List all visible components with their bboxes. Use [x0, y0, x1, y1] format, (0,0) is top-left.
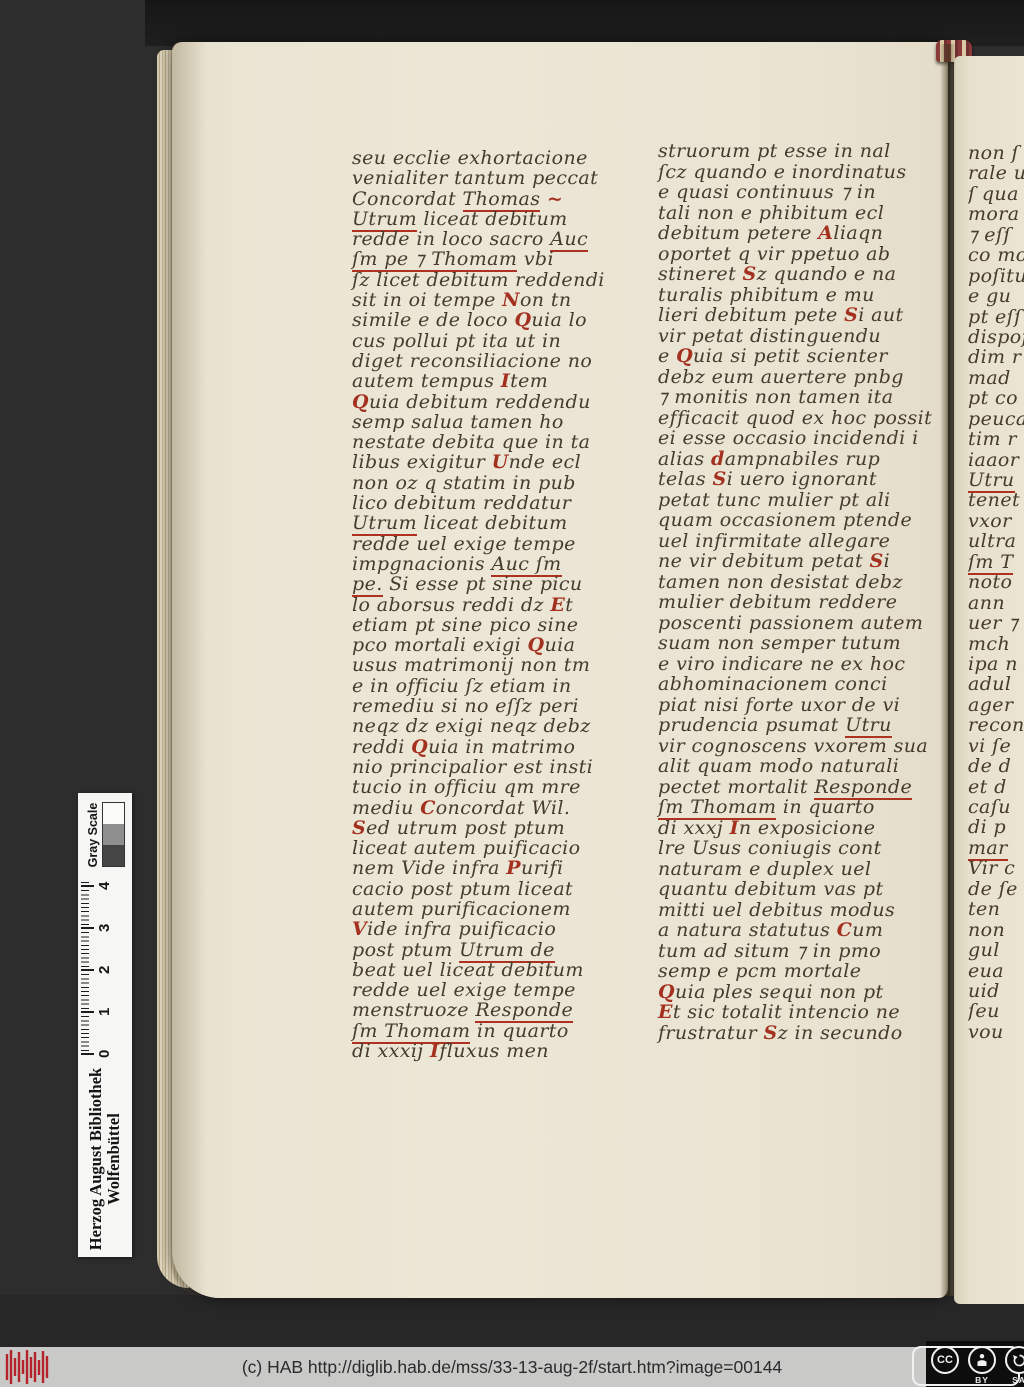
manuscript-text: uid	[968, 980, 1000, 1002]
gray-patch-dark	[103, 846, 124, 867]
manuscript-text: impgnacionis	[352, 553, 491, 575]
manuscript-text: liaqn	[833, 222, 883, 244]
manuscript-line: tucio in officiu qm mre	[352, 777, 644, 797]
manuscript-column-left: seu ecclie exhortacionevenialiter tantum…	[352, 148, 644, 1061]
manuscript-text: i aut	[858, 304, 903, 326]
manuscript-text: adul	[968, 673, 1011, 695]
manuscript-line: peuca	[968, 409, 1024, 429]
manuscript-text: neqz dz exigi neqz debz	[352, 715, 591, 737]
manuscript-line: impgnacionis Auc ſm	[352, 554, 644, 574]
manuscript-text: peuca	[968, 408, 1024, 430]
manuscript-text: uia debitum reddendu	[369, 391, 591, 413]
manuscript-line: ne vir debitum petat Si	[658, 551, 950, 572]
manuscript-line: dispoſ	[968, 327, 1024, 347]
manuscript-text: alias	[658, 448, 711, 470]
manuscript-text: vi ſe	[968, 735, 1011, 757]
manuscript-line: Utru	[968, 470, 1024, 490]
manuscript-text: nio principalior est insti	[352, 756, 593, 778]
manuscript-line: ager	[968, 695, 1024, 715]
manuscript-line: ſm T	[968, 552, 1024, 572]
cc-by-label: BY	[975, 1375, 989, 1385]
manuscript-text: noto	[968, 571, 1012, 593]
manuscript-line: di xxxj In exposicione	[658, 818, 950, 839]
manuscript-line: petat tunc mulier pt ali	[658, 490, 950, 511]
manuscript-text: venialiter tantum peccat	[352, 167, 598, 189]
manuscript-line: eua	[968, 961, 1024, 981]
rubricated-red-text: E	[550, 594, 565, 616]
rubricated-red-text: I	[501, 370, 510, 392]
manuscript-text: eua	[968, 960, 1004, 982]
manuscript-line: vou	[968, 1022, 1024, 1042]
manuscript-text: struorum pt esse in nal	[658, 140, 891, 162]
manuscript-line: mitti uel debitus modus	[658, 900, 950, 921]
manuscript-line: lieri debitum pete Si aut	[658, 305, 950, 326]
manuscript-text: pco mortali exigi	[352, 634, 528, 656]
manuscript-line: pe. Si esse pt sine picu	[352, 574, 644, 594]
manuscript-line: vir cognoscens vxorem sua	[658, 736, 950, 757]
manuscript-text: piat nisi forte uxor de vi	[658, 694, 900, 716]
manuscript-line: alias dampnabiles rup	[658, 449, 950, 470]
copyright-text: (c) HAB http://diglib.hab.de/mss/33-13-a…	[0, 1347, 1024, 1387]
manuscript-line: uel infirmitate allegare	[658, 531, 950, 552]
manuscript-text: debitum petere	[658, 222, 818, 244]
manuscript-text: telas	[658, 468, 712, 490]
manuscript-text: redde uel exige tempe	[352, 533, 576, 555]
manuscript-line: e quasi continuus ⁊ in	[658, 182, 950, 203]
manuscript-line: e gu	[968, 286, 1024, 306]
manuscript-text: diget reconsiliacione no	[352, 350, 592, 372]
ruler-number-2: 2	[96, 966, 113, 974]
manuscript-text: iaaor	[968, 449, 1019, 471]
gray-scale-patches	[102, 803, 125, 868]
manuscript-text: oportet q vir ppetuo ab	[658, 243, 890, 265]
manuscript-text: mad	[968, 367, 1011, 389]
manuscript-text: lre Usus coniugis cont	[658, 837, 882, 859]
manuscript-text: a natura statutus	[658, 919, 837, 941]
cc-license-badge: CC BY SA	[926, 1341, 1024, 1387]
manuscript-line: e viro indicare ne ex hoc	[658, 654, 950, 675]
institution-name: Herzog August Bibliothek Wolfenbüttel	[87, 1061, 124, 1257]
manuscript-text: ſeu	[968, 1000, 1000, 1022]
manuscript-text: post ptum	[352, 939, 459, 961]
manuscript-text: pt co	[968, 387, 1018, 409]
manuscript-line: caſu	[968, 797, 1024, 817]
manuscript-line: et d	[968, 777, 1024, 797]
manuscript-line: naturam e duplex uel	[658, 859, 950, 880]
manuscript-text: e quasi continuus ⁊ in	[658, 181, 876, 203]
manuscript-line: suam non semper tutum	[658, 633, 950, 654]
manuscript-text: petat tunc mulier pt ali	[658, 489, 891, 511]
manuscript-text: liceat autem puificacio	[352, 837, 580, 859]
manuscript-text: um	[852, 919, 883, 941]
hab-red-mark-icon	[4, 1348, 56, 1386]
manuscript-text: beat uel liceat debitum	[352, 959, 584, 981]
manuscript-text: non oz q statim in pub	[352, 472, 576, 494]
manuscript-line: ipa n	[968, 654, 1024, 674]
manuscript-line: post ptum Utrum de	[352, 940, 644, 960]
manuscript-line: de ſe	[968, 879, 1024, 899]
manuscript-line: autem purificacionem	[352, 899, 644, 919]
manuscript-text: menstruoze	[352, 999, 475, 1021]
manuscript-text: Concordat	[352, 188, 463, 210]
manuscript-line: ultra	[968, 531, 1024, 551]
manuscript-line: Concordat Thomas ~	[352, 189, 644, 209]
manuscript-text: suam non semper tutum	[658, 632, 901, 654]
manuscript-line: ſm Thomam in quarto	[658, 797, 950, 818]
manuscript-text: i uero ignorant	[727, 468, 877, 490]
manuscript-text: tali non e phibitum ecl	[658, 202, 884, 224]
manuscript-text: tim r	[968, 428, 1017, 450]
rubricated-red-text: Q	[352, 391, 369, 413]
manuscript-line: mora	[968, 204, 1024, 224]
ruler-label-content: Herzog August Bibliothek Wolfenbüttel 0 …	[78, 793, 132, 1257]
manuscript-text: recon	[968, 714, 1024, 736]
manuscript-text: pectet mortalit	[658, 776, 814, 798]
manuscript-line: di xxxij Ifluxus men	[352, 1041, 644, 1061]
manuscript-line: struorum pt esse in nal	[658, 141, 950, 162]
manuscript-line: redde uel exige tempe	[352, 980, 644, 1000]
manuscript-text: lico debitum reddatur	[352, 492, 571, 514]
manuscript-text: di xxxij	[352, 1040, 430, 1062]
manuscript-line: iaaor	[968, 450, 1024, 470]
manuscript-text: uia in matrimo	[428, 736, 575, 758]
manuscript-text: ſz licet debitum reddendi	[352, 269, 605, 291]
manuscript-text: redde uel exige tempe	[352, 979, 576, 1001]
rubricated-red-text: U	[492, 451, 509, 473]
manuscript-text: oncordat Wil.	[436, 797, 571, 819]
gray-patch-mid	[103, 825, 124, 846]
manuscript-text: usus matrimonij non tm	[352, 654, 590, 676]
manuscript-line: redde in loco sacro Auc	[352, 229, 644, 249]
manuscript-line: mar	[968, 838, 1024, 858]
manuscript-line: Quia debitum reddendu	[352, 392, 644, 412]
institution-line1: Herzog August Bibliothek	[87, 1061, 105, 1257]
manuscript-text: fluxus men	[439, 1040, 549, 1062]
manuscript-line: co mo	[968, 245, 1024, 265]
manuscript-line: piat nisi forte uxor de vi	[658, 695, 950, 716]
manuscript-line: reddi Quia in matrimo	[352, 737, 644, 757]
manuscript-text: ampnabiles rup	[725, 448, 881, 470]
manuscript-text: z in secundo	[778, 1022, 903, 1044]
manuscript-text: lo aborsus reddi dz	[352, 594, 550, 616]
manuscript-column-right: struorum pt esse in nalſcz quando e inor…	[658, 141, 950, 1043]
manuscript-text: lieri debitum pete	[658, 304, 844, 326]
manuscript-line: ten	[968, 899, 1024, 919]
manuscript-text: nde ecl	[509, 451, 581, 473]
manuscript-text: mulier debitum reddere	[658, 591, 897, 613]
manuscript-text: ⁊ eſſ	[968, 224, 1011, 246]
manuscript-text: autem purificacionem	[352, 898, 571, 920]
manuscript-line: libus exigitur Unde ecl	[352, 452, 644, 472]
manuscript-text: simile e de loco	[352, 309, 514, 331]
manuscript-text: z quando e na	[757, 263, 897, 285]
page-fold-shadow	[172, 42, 206, 1298]
manuscript-line: vir petat distinguendu	[658, 326, 950, 347]
manuscript-line: ſz licet debitum reddendi	[352, 270, 644, 290]
manuscript-text: turalis phibitum e mu	[658, 284, 875, 306]
gray-patch-white	[103, 804, 124, 825]
manuscript-line: ⁊ monitis non tamen ita	[658, 387, 950, 408]
manuscript-line: non	[968, 920, 1024, 940]
manuscript-text: co mo	[968, 244, 1024, 266]
manuscript-text: n exposicione	[739, 817, 876, 839]
manuscript-text: Vir c	[968, 857, 1015, 879]
manuscript-text: remediu si no eſſz peri	[352, 695, 579, 717]
manuscript-text: non	[968, 919, 1005, 941]
manuscript-text: non ſ	[968, 143, 1019, 164]
manuscript-text: ne vir debitum petat	[658, 550, 869, 572]
manuscript-text: mediu	[352, 797, 420, 819]
manuscript-text: uia	[544, 634, 575, 656]
manuscript-text: i	[884, 550, 890, 572]
manuscript-line: cacio post ptum liceat	[352, 879, 644, 899]
manuscript-line: cus pollui pt ita ut in	[352, 331, 644, 351]
manuscript-text: cacio post ptum liceat	[352, 878, 573, 900]
manuscript-text: alit quam modo naturali	[658, 755, 899, 777]
manuscript-line: redde uel exige tempe	[352, 534, 644, 554]
rubricated-red-text: I	[730, 817, 739, 839]
manuscript-text: et d	[968, 776, 1007, 798]
manuscript-text: vir cognoscens vxorem sua	[658, 735, 928, 757]
manuscript-text: vxor	[968, 510, 1012, 532]
manuscript-line: lico debitum reddatur	[352, 493, 644, 513]
rubricated-red-text: ~	[547, 188, 563, 210]
manuscript-line: prudencia psumat Utru	[658, 715, 950, 736]
manuscript-line: lre Usus coniugis cont	[658, 838, 950, 859]
manuscript-text: pt eſſ	[968, 306, 1022, 328]
manuscript-text: tucio in officiu qm mre	[352, 776, 581, 798]
manuscript-line: ſeu	[968, 1001, 1024, 1021]
manuscript-text: dim r	[968, 346, 1021, 368]
manuscript-line: nio principalior est insti	[352, 757, 644, 777]
manuscript-line: debitum petere Aliaqn	[658, 223, 950, 244]
cc-logo-text: CC	[937, 1354, 953, 1366]
rubricated-red-text: C	[420, 797, 436, 819]
manuscript-line: ſcz quando e inordinatus	[658, 162, 950, 183]
manuscript-text: tenet	[968, 489, 1020, 511]
manuscript-text: e in officiu ſz etiam in	[352, 675, 572, 697]
rubricated-red-text: C	[837, 919, 853, 941]
manuscript-line: nestate debita que in ta	[352, 432, 644, 452]
manuscript-line: mch	[968, 634, 1024, 654]
manuscript-text: e gu	[968, 285, 1011, 307]
manuscript-line: uer ⁊	[968, 613, 1024, 633]
manuscript-text: prudencia psumat	[658, 714, 845, 736]
manuscript-text: vbi	[517, 248, 554, 270]
cc-sa-label: SA	[1012, 1375, 1024, 1385]
manuscript-line: ſm Thomam in quarto	[352, 1021, 644, 1041]
manuscript-line: Utrum liceat debitum	[352, 209, 644, 229]
manuscript-text: cus pollui pt ita ut in	[352, 330, 561, 352]
manuscript-text: di xxxj	[658, 817, 730, 839]
manuscript-line: efficacit quod ex hoc possit	[658, 408, 950, 429]
manuscript-line: tali non e phibitum ecl	[658, 203, 950, 224]
manuscript-line: debz eum auertere pnbg	[658, 367, 950, 388]
manuscript-text: de ſe	[968, 878, 1018, 900]
manuscript-text: vir petat distinguendu	[658, 325, 881, 347]
manuscript-line: etiam pt sine pico sine	[352, 615, 644, 635]
manuscript-line: turalis phibitum e mu	[658, 285, 950, 306]
manuscript-line: nem Vide infra Purifi	[352, 858, 644, 878]
rubricated-red-text: S	[844, 304, 858, 326]
manuscript-text: ed utrum post ptum	[366, 817, 565, 839]
manuscript-line: Vir c	[968, 858, 1024, 878]
manuscript-text: ei esse occasio incidendi i	[658, 427, 919, 449]
manuscript-line: vxor	[968, 511, 1024, 531]
manuscript-line: noto	[968, 572, 1024, 592]
manuscript-line: rale u	[968, 163, 1024, 183]
manuscript-line: telas Si uero ignorant	[658, 469, 950, 490]
manuscript-text: in quarto	[776, 796, 874, 818]
manuscript-line: adul	[968, 674, 1024, 694]
manuscript-column-facing-edge: non ſrale uſ quamora⁊ eſſco mopoſitue gu…	[968, 143, 1024, 1042]
manuscript-line: venialiter tantum peccat	[352, 168, 644, 188]
manuscript-line: Quia ples sequi non pt	[658, 982, 950, 1003]
manuscript-text: e	[658, 345, 676, 367]
manuscript-text: gul	[968, 939, 1000, 961]
rubricated-red-text: S	[869, 550, 883, 572]
manuscript-text: rale u	[968, 162, 1024, 184]
manuscript-text: abhominacionem conci	[658, 673, 888, 695]
manuscript-text: di p	[968, 816, 1006, 838]
manuscript-line: tum ad situm ⁊ in pmo	[658, 941, 950, 962]
manuscript-text: semp e pcm mortale	[658, 960, 861, 982]
ruler-cm-ticks	[81, 877, 94, 1055]
manuscript-line: mediu Concordat Wil.	[352, 798, 644, 818]
manuscript-text: ſcz quando e inordinatus	[658, 161, 906, 183]
rubricated-red-text: V	[352, 918, 367, 940]
manuscript-line: pt co	[968, 388, 1024, 408]
manuscript-line: menstruoze Responde	[352, 1000, 644, 1020]
manuscript-text: stineret	[658, 263, 743, 285]
manuscript-text: in quarto	[470, 1020, 568, 1042]
manuscript-line: ⁊ eſſ	[968, 225, 1024, 245]
manuscript-line: poscenti passionem autem	[658, 613, 950, 634]
rubricated-red-text: d	[711, 448, 725, 470]
manuscript-line: ann	[968, 593, 1024, 613]
manuscript-text: efficacit quod ex hoc possit	[658, 407, 932, 429]
manuscript-text: ⁊ monitis non tamen ita	[658, 386, 893, 408]
rubricated-red-text: Q	[658, 981, 675, 1003]
manuscript-line: semp salua tamen ho	[352, 412, 644, 432]
manuscript-text: debz eum auertere pnbg	[658, 366, 904, 388]
rubricated-red-text: S	[743, 263, 757, 285]
manuscript-text: t	[565, 594, 573, 616]
manuscript-text: poſitu	[968, 265, 1024, 287]
manuscript-line: dim r	[968, 347, 1024, 367]
manuscript-text: t sic totalit intencio ne	[673, 1001, 900, 1023]
manuscript-line: pectet mortalit Responde	[658, 777, 950, 798]
cm-ruler: 0 1 2 3 4	[78, 875, 132, 1061]
dark-cloth-band	[145, 0, 1024, 46]
manuscript-text: sit in oi tempe	[352, 289, 502, 311]
manuscript-text: mch	[968, 633, 1010, 655]
manuscript-text: ager	[968, 694, 1013, 716]
manuscript-line: mulier debitum reddere	[658, 592, 950, 613]
manuscript-line: uid	[968, 981, 1024, 1001]
manuscript-line: sit in oi tempe Non tn	[352, 290, 644, 310]
rubricated-underline-text: Auc	[550, 228, 588, 252]
manuscript-line: alit quam modo naturali	[658, 756, 950, 777]
manuscript-text: urifi	[521, 857, 564, 879]
manuscript-text: tem	[510, 370, 548, 392]
rubricated-red-text: Q	[676, 345, 693, 367]
manuscript-text: uia ples sequi non pt	[675, 981, 884, 1003]
ruler-number-0: 0	[96, 1050, 113, 1058]
manuscript-text: poscenti passionem autem	[658, 612, 923, 634]
manuscript-text: mitti uel debitus modus	[658, 899, 895, 921]
manuscript-line: seu ecclie exhortacione	[352, 148, 644, 168]
manuscript-text: uer ⁊	[968, 612, 1018, 634]
manuscript-line: poſitu	[968, 266, 1024, 286]
manuscript-line: stineret Sz quando e na	[658, 264, 950, 285]
manuscript-line: quam occasionem ptende	[658, 510, 950, 531]
rubricated-red-text: S	[712, 468, 726, 490]
manuscript-line: non ſ	[968, 143, 1024, 163]
rubricated-red-text: Q	[514, 309, 531, 331]
cc-logo-icon: CC	[931, 1346, 959, 1374]
manuscript-line: lo aborsus reddi dz Et	[352, 595, 644, 615]
manuscript-text: liceat debitum	[417, 512, 568, 534]
manuscript-line: tenet	[968, 490, 1024, 510]
manuscript-text: dispoſ	[968, 326, 1024, 348]
manuscript-line: e in officiu ſz etiam in	[352, 676, 644, 696]
rubricated-red-text: S	[352, 817, 366, 839]
manuscript-text: liceat debitum	[417, 208, 568, 230]
manuscript-line: Et sic totalit intencio ne	[658, 1002, 950, 1023]
manuscript-text: ipa n	[968, 653, 1018, 675]
manuscript-text: tamen non desistat debz	[658, 571, 903, 593]
manuscript-line: tim r	[968, 429, 1024, 449]
rubricated-red-text: S	[764, 1022, 778, 1044]
dark-lower-band	[0, 1295, 1024, 1347]
manuscript-text: ultra	[968, 530, 1016, 552]
manuscript-line: quantu debitum vas pt	[658, 879, 950, 900]
manuscript-text: reddi	[352, 736, 411, 758]
manuscript-text: quam occasionem ptende	[658, 509, 912, 531]
manuscript-line: pt eſſ	[968, 307, 1024, 327]
manuscript-text: redde in loco sacro	[352, 228, 550, 250]
manuscript-text: nem Vide infra	[352, 857, 506, 879]
manuscript-line: abhominacionem conci	[658, 674, 950, 695]
manuscript-line: autem tempus Item	[352, 371, 644, 391]
manuscript-line: usus matrimonij non tm	[352, 655, 644, 675]
manuscript-text: quantu debitum vas pt	[658, 878, 884, 900]
manuscript-line: semp e pcm mortale	[658, 961, 950, 982]
manuscript-text: seu ecclie exhortacione	[352, 147, 588, 169]
institution-line2: Wolfenbüttel	[105, 1061, 123, 1257]
rubricated-red-text: A	[818, 222, 833, 244]
manuscript-line: tamen non desistat debz	[658, 572, 950, 593]
manuscript-text: ann	[968, 592, 1005, 614]
manuscript-line: e Quia si petit scienter	[658, 346, 950, 367]
manuscript-text: on tn	[520, 289, 572, 311]
rubricated-red-text: Q	[528, 634, 545, 656]
manuscript-text: uia si petit scienter	[693, 345, 888, 367]
manuscript-text: etiam pt sine pico sine	[352, 614, 578, 636]
manuscript-line: di p	[968, 817, 1024, 837]
manuscript-text: de d	[968, 755, 1011, 777]
manuscript-line: gul	[968, 940, 1024, 960]
manuscript-text: naturam e duplex uel	[658, 858, 871, 880]
gray-scale-label: Gray Scale	[86, 803, 100, 868]
manuscript-line: vi ſe	[968, 736, 1024, 756]
ruler-number-3: 3	[96, 924, 113, 932]
manuscript-line: Utrum liceat debitum	[352, 513, 644, 533]
library-ruler-label: Herzog August Bibliothek Wolfenbüttel 0 …	[78, 793, 132, 1257]
manuscript-text: Si esse pt sine picu	[383, 573, 583, 595]
manuscript-text: ſ qua	[968, 183, 1019, 205]
